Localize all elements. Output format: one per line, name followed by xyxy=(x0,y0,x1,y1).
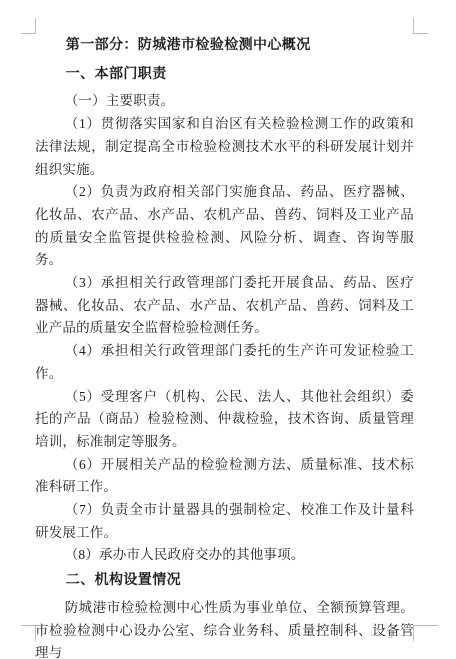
para-item-5: （5）受理客户（机构、公民、法人、其他社会组织）委托的产品（商品）检验检测、仲裁… xyxy=(35,386,414,454)
para-item-8: （8）承办市人民政府交办的其他事项。 xyxy=(35,544,414,567)
document-body: 第一部分：防城港市检验检测中心概况 一、本部门职责 （一）主要职责。 （1）贯彻… xyxy=(35,32,414,659)
heading-organization: 二、机构设置情况 xyxy=(35,568,414,591)
para-main-duties: （一）主要职责。 xyxy=(35,90,414,113)
doc-title: 第一部分：防城港市检验检测中心概况 xyxy=(35,33,414,56)
crop-mark-top-right-icon xyxy=(413,18,428,34)
crop-mark-bottom-left-icon xyxy=(21,625,36,641)
para-item-7: （7）负责全市计量器具的强制检定、校准工作及计量科研发展工作。 xyxy=(35,499,414,544)
para-item-6: （6）开展相关产品的检验检测方法、质量标准、技术标准科研工作。 xyxy=(35,454,414,499)
page-number: — 3 — xyxy=(371,630,413,641)
para-org-intro: 防城港市检验检测中心性质为事业单位、全额预算管理。市检验检测中心设办公室、综合业… xyxy=(35,597,414,659)
para-item-2: （2）负责为政府相关部门实施食品、药品、医疗器械、化妆品、农产品、水产品、农机产… xyxy=(35,181,414,272)
para-item-1: （1）贯彻落实国家和自治区有关检验检测工作的政策和法律法规，制定提高全市检验检测… xyxy=(35,113,414,181)
crop-mark-top-left-icon xyxy=(21,18,36,34)
heading-duties: 一、本部门职责 xyxy=(35,62,414,85)
para-item-3: （3）承担相关行政管理部门委托开展食品、药品、医疗器械、化妆品、农产品、水产品、… xyxy=(35,272,414,340)
para-item-4: （4）承担相关行政管理部门委托的生产许可发证检验工作。 xyxy=(35,340,414,385)
crop-mark-bottom-right-icon xyxy=(413,625,438,641)
document-page: 第一部分：防城港市检验检测中心概况 一、本部门职责 （一）主要职责。 （1）贯彻… xyxy=(0,0,456,659)
